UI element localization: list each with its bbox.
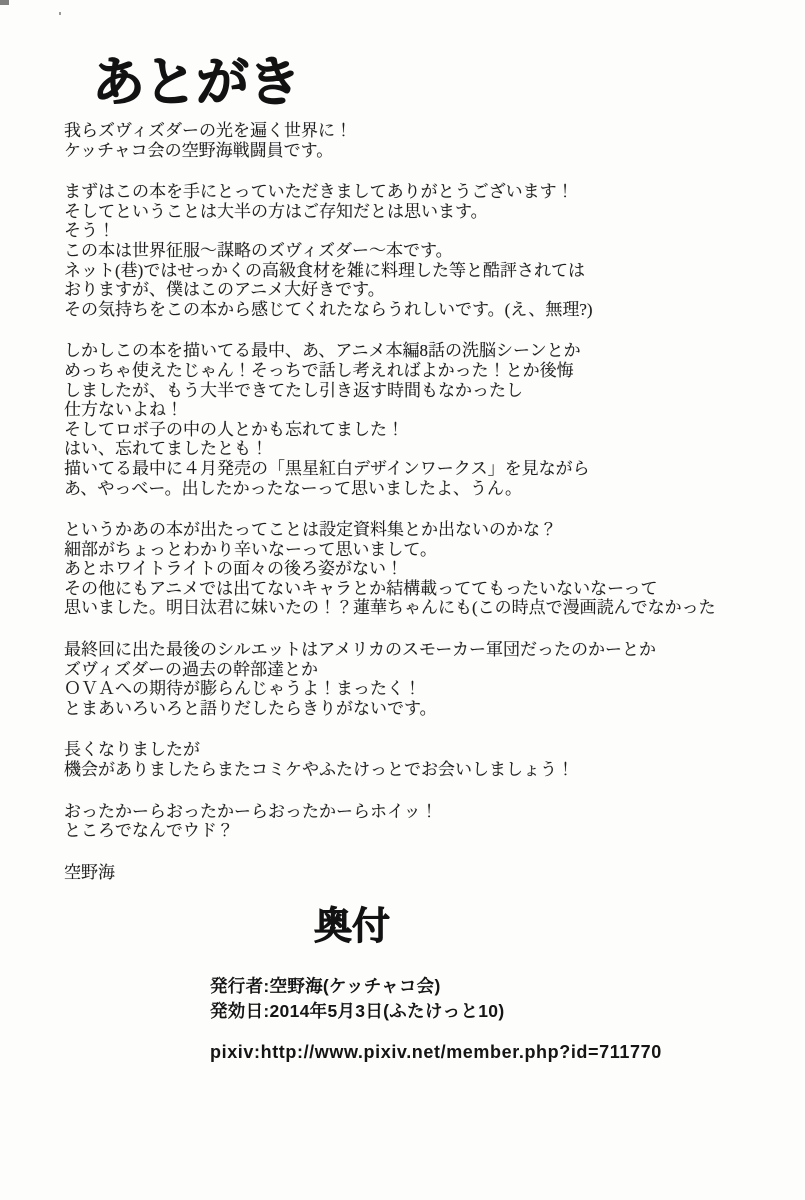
pixiv-url-text: pixiv:http://www.pixiv.net/member.php?id… [210,1042,662,1063]
afterword-paragraph-catchphrase: おったかーらおったかーらおったかーらホイッ！ ところでなんでウド？ [64,802,764,841]
scan-artifact [59,12,61,15]
afterword-paragraph-artbook: というかあの本が出たってことは設定資料集とか出ないのかな？ 細部がちょっとわかり… [64,520,764,618]
afterword-paragraph-greeting: 我らズヴィズダーの光を遍く世界に！ ケッチャコ会の空野海戦闘員です。 [64,121,764,160]
scanned-afterword-page: あとがき 我らズヴィズダーの光を遍く世界に！ ケッチャコ会の空野海戦闘員です。 … [0,0,805,1200]
afterword-paragraph-finale: 最終回に出た最後のシルエットはアメリカのスモーカー軍団だったのかーとか ズヴィズ… [64,640,764,718]
afterword-paragraph-farewell: 長くなりましたが 機会がありましたらまたコミケやふたけっとでお会いしましょう！ [64,740,764,779]
afterword-title: あとがき [92,40,300,116]
colophon-publisher-line: 発行者:空野海(ケッチャコ会) [210,974,504,999]
afterword-paragraph-regrets: しかしこの本を描いてる最中、あ、アニメ本編8話の洗脳シーンとか めっちゃ使えたじ… [64,341,764,498]
colophon-info: 発行者:空野海(ケッチャコ会) 発効日:2014年5月3日(ふたけっと10) [210,974,504,1024]
afterword-body: 我らズヴィズダーの光を遍く世界に！ ケッチャコ会の空野海戦闘員です。 まずはこの… [64,121,764,882]
colophon-date-line: 発効日:2014年5月3日(ふたけっと10) [210,999,504,1024]
colophon-heading: 奥付 [314,895,390,950]
author-signature: 空野海 [64,863,764,883]
afterword-paragraph-thanks: まずはこの本を手にとっていただきましてありがとうございます！ そしてということは… [64,182,764,319]
scan-artifact [0,0,9,5]
